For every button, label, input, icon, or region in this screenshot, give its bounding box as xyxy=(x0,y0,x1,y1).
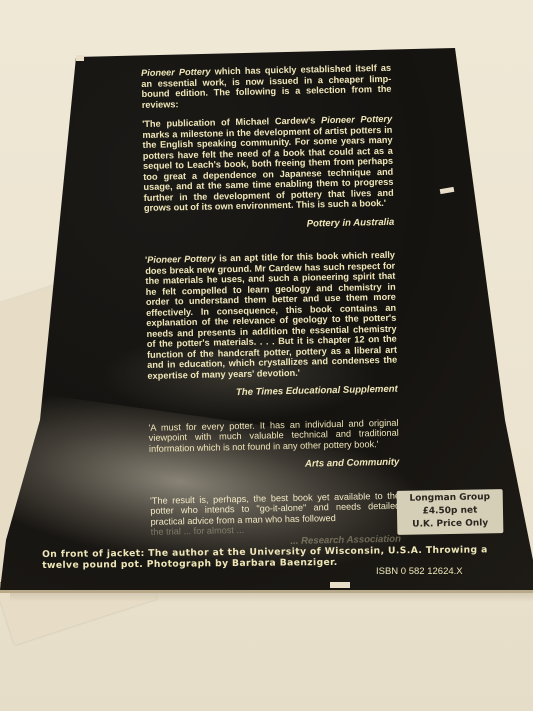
review-4-quote: 'The result is, perhaps, the best book y… xyxy=(150,490,401,527)
sticker-region: U.K. Price Only xyxy=(397,517,503,532)
review-2-quote: 'Pioneer Pottery is an apt title for thi… xyxy=(145,250,398,381)
review-1-quote: 'The publication of Michael Cardew's Pio… xyxy=(142,114,394,214)
cover-corner-wear xyxy=(76,55,84,61)
intro-paragraph: Pioneer Pottery which has quickly establ… xyxy=(141,63,392,110)
review-3-source: Arts and Community xyxy=(149,458,399,474)
review-2-source: The Times Educational Supplement xyxy=(148,385,398,401)
review-3-quote: 'A must for every potter. It has an indi… xyxy=(148,417,399,454)
price-sticker: Longman Group £4.50p net U.K. Price Only xyxy=(397,489,504,535)
review-1-text: marks a milestone in the development of … xyxy=(142,124,393,213)
cover-edge-tear xyxy=(330,582,350,588)
review-1-source: Pottery in Australia xyxy=(144,217,394,233)
sticker-publisher: Longman Group xyxy=(397,491,503,506)
isbn: ISBN 0 582 12624.X xyxy=(376,566,463,577)
review-2-text: is an apt title for this book which real… xyxy=(145,250,397,381)
blurb-column: Pioneer Pottery which has quickly establ… xyxy=(141,63,402,572)
